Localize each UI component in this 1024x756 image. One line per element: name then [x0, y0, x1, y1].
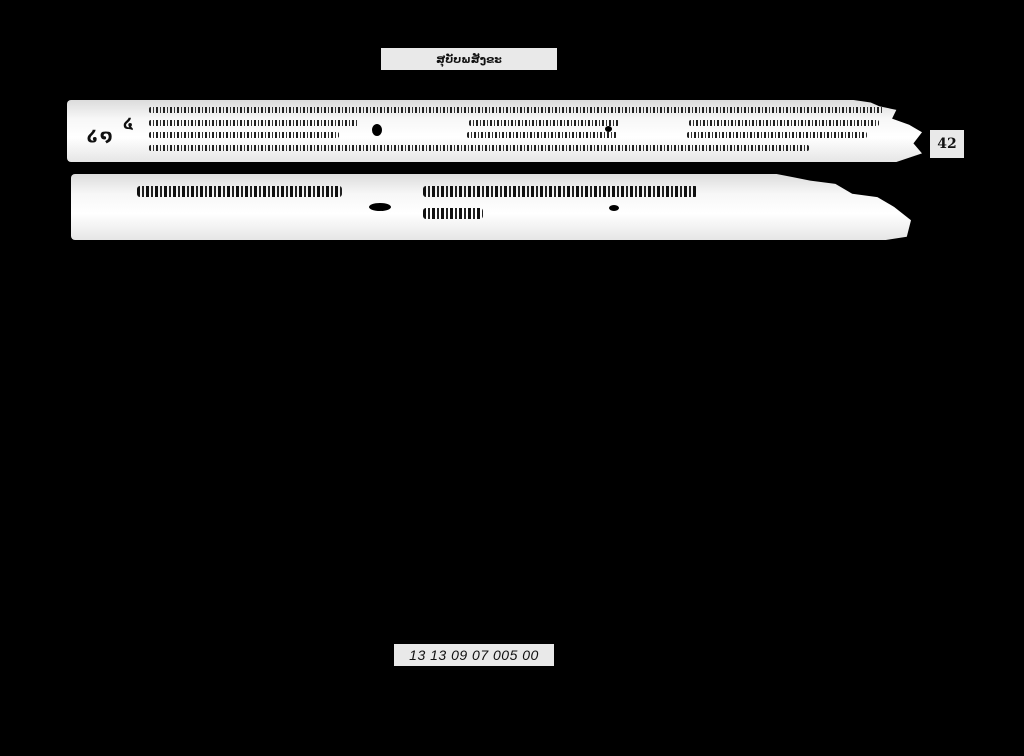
leaf-side-mark: ໔ [123, 116, 135, 132]
palm-leaf-1: ໒໑ ໔ [67, 100, 922, 162]
frame-number: 42 [937, 136, 956, 152]
leaf-side-number: ໒໑ [87, 126, 114, 145]
string-hole [369, 203, 391, 211]
script-line [149, 117, 889, 130]
leaf-2-left-script [137, 186, 342, 197]
frame-number-label: 42 [930, 130, 964, 158]
string-hole [372, 124, 382, 136]
leaf-2-left-text [137, 184, 342, 199]
script-line [149, 104, 889, 117]
manuscript-title-text: ສຸບັບພສັງຂະ [436, 53, 502, 66]
leaf-2-right-text-line-2 [423, 206, 483, 221]
leaf-2-leaf-count-script [423, 208, 483, 219]
leaf-2-right-script [423, 186, 698, 197]
script-line [149, 142, 889, 155]
palm-leaf-2 [71, 174, 911, 240]
reel-code-label: 13 13 09 07 005 00 [394, 644, 554, 666]
leaf-2-right-text-line-1 [423, 184, 698, 199]
string-hole [609, 205, 619, 211]
manuscript-title-label: ສຸບັບພສັງຂະ [381, 48, 557, 70]
string-hole [605, 126, 612, 132]
script-line [149, 129, 889, 142]
leaf-1-text-block [149, 104, 889, 154]
reel-code: 13 13 09 07 005 00 [409, 647, 539, 663]
